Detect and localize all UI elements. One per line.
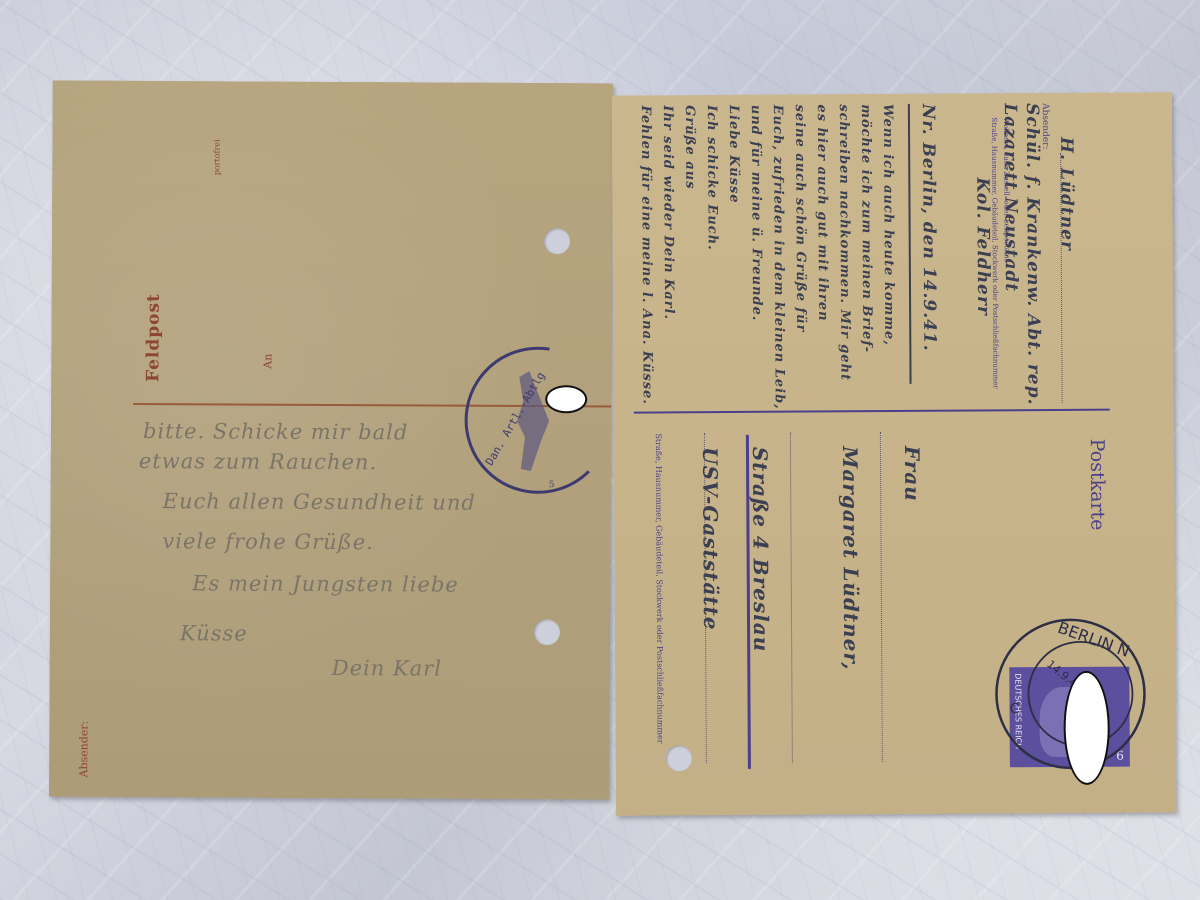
message-line: Liebe Küsse [726,105,742,204]
sender-label: Absender: [77,721,90,778]
handwritten-line: etwas zum Rauchen. [139,449,377,474]
postkarte-card: Absender: Wohnort, auch Zustell- oder Le… [612,92,1176,815]
punch-hole [666,745,692,771]
message-line: Wenn ich auch heute komme, [880,104,896,346]
sender-handwriting: Lazarett Neustadt [1000,103,1021,292]
unit-postmark-icon: Dan. Artl.-Abtlg 5 [449,341,610,502]
recipient-handwriting: Frau [900,446,924,502]
recipient-handwriting: Margaret Lüdtner, [838,446,863,670]
handwritten-line: Euch allen Gesundheit und [163,489,476,515]
message-line: Grüße aus [682,105,698,189]
sender-handwriting: Schül. f. Krankenw. Abt. rep. [1022,103,1044,405]
message-line: seine auch schön Grüße für [792,105,808,333]
redaction-oval [545,385,587,413]
message-line: es hier auch gut mit ihren [814,104,830,321]
message-line: Euch, zufrieden in dem kleinen Leib, [770,105,787,410]
address-hint: Straße, Hausnummer, Gebäudeteil, Stockwe… [654,433,665,743]
handwritten-line: Küsse [180,621,248,645]
to-label: An [261,354,274,369]
handwritten-line: bitte. Schicke mir bald [143,419,408,444]
handwritten-line: viele frohe Grüße. [162,529,374,554]
postmark-number: 5 [549,480,555,490]
postkarte-title: Postkarte [1086,439,1109,531]
signature: Dein Karl [332,656,442,681]
message-line: Nr. Berlin, den 14.9.41. [918,104,940,352]
recipient-handwriting: Straße 4 Breslau [748,447,773,653]
address-dotted-line [880,432,883,762]
postmark-code: C [1010,701,1020,717]
message-line: möchte ich zum meinen Brief- [858,104,875,353]
message-line: Fehlen für eine meine l. Ana. Küsse. [638,105,655,405]
message-area: Nr. Berlin, den 14.9.41. Wenn ich auch h… [618,100,950,402]
sender-handwriting: Kol. Feldherr [972,177,993,316]
recipient-handwriting: USV-Gaststätte [698,447,723,631]
date-underline [908,104,912,384]
message-line: Ihr seid wieder Dein Karl. [660,105,676,320]
message-line: Ich schicke Euch. [704,105,720,251]
redaction-oval [1063,671,1110,785]
message-line: und für meine ü. Freunde. [748,105,764,322]
punch-hole [544,228,570,254]
sender-handwriting: H. Lüdtner [1056,137,1077,251]
feldpost-card: Feldpost An portofrei Absender: bitte. S… [49,81,613,800]
address-dotted-line [790,433,793,763]
message-line: schreiben nachkommen. Mir geht [836,104,853,381]
handwritten-line: Es mein Jungsten liebe [192,571,459,596]
punch-hole [534,619,560,645]
card-divider-line [634,409,1110,414]
postage-free-label: portofrei [212,139,221,175]
feldpost-title: Feldpost [143,293,163,382]
